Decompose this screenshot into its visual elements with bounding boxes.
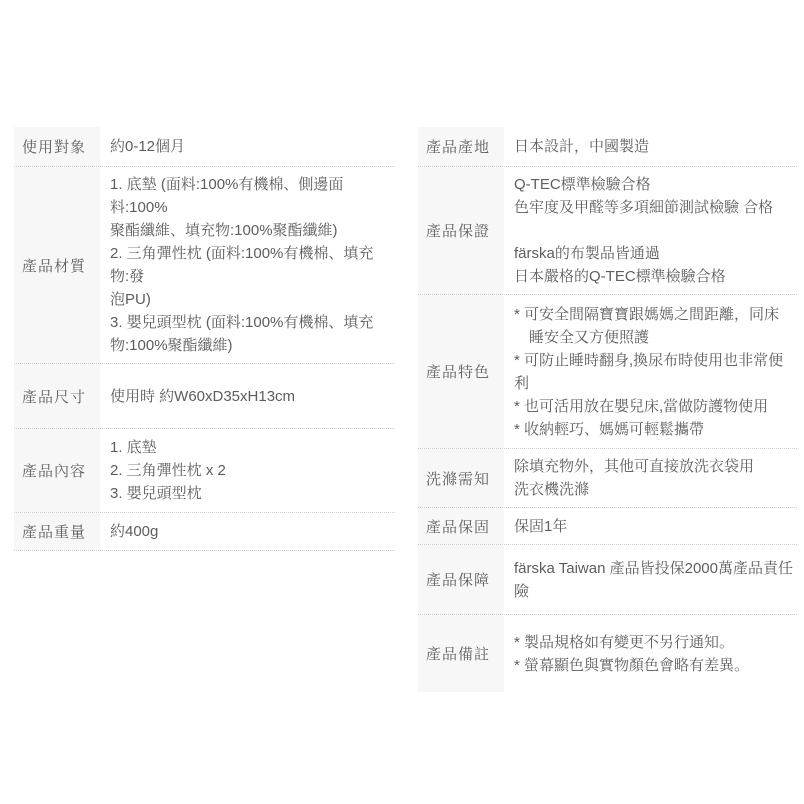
spec-row-label: 產品內容	[14, 429, 100, 512]
spec-row-weight: 產品重量 約400g	[14, 513, 395, 551]
spec-row-material: 產品材質 1. 底墊 (面料:100%有機棉、側邊面料:100% 聚酯纖維、填充…	[14, 167, 395, 364]
spec-row-label: 產品備註	[418, 615, 504, 692]
spec-row-value: 約0-12個月	[100, 129, 395, 164]
spec-row-value: färska Taiwan 產品皆投保2000萬產品責任險	[504, 551, 797, 609]
spec-row-label: 使用對象	[14, 127, 100, 166]
spec-row-label: 產品保固	[418, 508, 504, 544]
spec-row-label: 產品材質	[14, 167, 100, 363]
spec-row-value: * 製品規格如有變更不另行通知。 * 螢幕顯色與實物顏色會略有差異。	[504, 625, 797, 683]
spec-row-label: 產品產地	[418, 127, 504, 166]
spec-row-usage-target: 使用對象 約0-12個月	[14, 127, 395, 167]
spec-row-label: 產品特色	[418, 295, 504, 448]
spec-row-features: 產品特色 * 可安全間隔寶寶跟媽媽之間距離，同床 睡安全又方便照護 * 可防止睡…	[418, 295, 797, 449]
spec-row-guarantee: 產品保證 Q-TEC標準檢驗合格 色牢度及甲醛等多項細節測試檢驗 合格 färs…	[418, 167, 797, 295]
spec-row-value: * 可安全間隔寶寶跟媽媽之間距離，同床 睡安全又方便照護 * 可防止睡時翻身,換…	[504, 297, 797, 447]
spec-row-origin: 產品產地 日本設計，中國製造	[418, 127, 797, 167]
spec-row-value: 日本設計，中國製造	[504, 129, 797, 164]
spec-row-label: 洗滌需知	[418, 449, 504, 507]
spec-table-left: 使用對象 約0-12個月 產品材質 1. 底墊 (面料:100%有機棉、側邊面料…	[14, 127, 395, 551]
spec-table-right: 產品產地 日本設計，中國製造 產品保證 Q-TEC標準檢驗合格 色牢度及甲醛等多…	[418, 127, 797, 692]
spec-row-warranty: 產品保固 保固1年	[418, 508, 797, 545]
spec-row-insurance: 產品保障 färska Taiwan 產品皆投保2000萬產品責任險	[418, 545, 797, 615]
spec-row-value: 使用時 約W60xD35xH13cm	[100, 379, 395, 414]
spec-row-label: 產品尺寸	[14, 364, 100, 428]
spec-row-dimensions: 產品尺寸 使用時 約W60xD35xH13cm	[14, 364, 395, 429]
product-spec-section: 使用對象 約0-12個月 產品材質 1. 底墊 (面料:100%有機棉、側邊面料…	[0, 0, 804, 692]
spec-row-value: 1. 底墊 2. 三角彈性枕 x 2 3. 嬰兒頭型枕	[100, 430, 395, 511]
spec-row-label: 產品重量	[14, 513, 100, 550]
spec-row-value: 約400g	[100, 514, 395, 549]
spec-row-value: 1. 底墊 (面料:100%有機棉、側邊面料:100% 聚酯纖維、填充物:100…	[100, 167, 395, 363]
spec-row-label: 產品保證	[418, 167, 504, 294]
spec-row-value: 保固1年	[504, 509, 797, 544]
spec-row-label: 產品保障	[418, 545, 504, 614]
spec-row-washing: 洗滌需知 除填充物外，其他可直接放洗衣袋用 洗衣機洗滌	[418, 449, 797, 508]
spec-row-contents: 產品內容 1. 底墊 2. 三角彈性枕 x 2 3. 嬰兒頭型枕	[14, 429, 395, 513]
spec-row-value: Q-TEC標準檢驗合格 色牢度及甲醛等多項細節測試檢驗 合格 färska的布製…	[504, 167, 797, 294]
spec-row-value: 除填充物外，其他可直接放洗衣袋用 洗衣機洗滌	[504, 449, 797, 507]
spec-row-remarks: 產品備註 * 製品規格如有變更不另行通知。 * 螢幕顯色與實物顏色會略有差異。	[418, 615, 797, 692]
